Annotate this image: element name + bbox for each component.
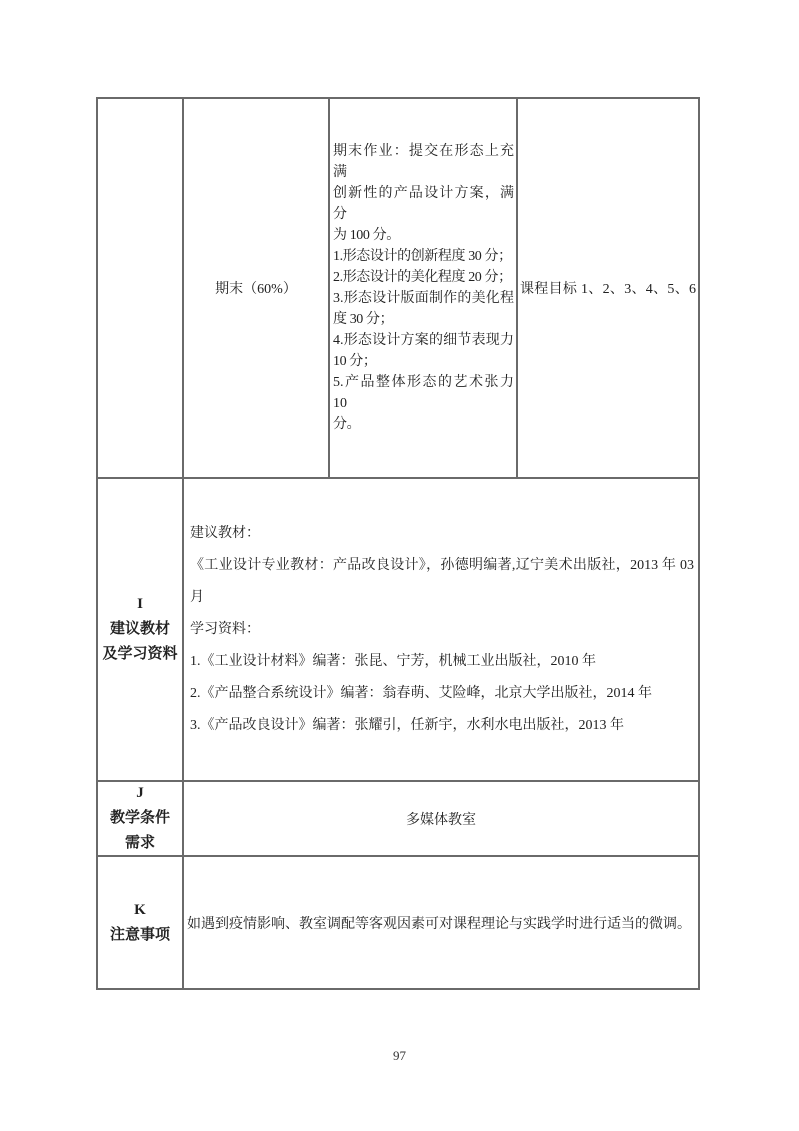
notes-text: 如遇到疫情影响、教室调配等客观因素可对课程理论与实践学时进行适当的微调。 [187,913,691,933]
assessment-spacer-cell [98,99,184,477]
notes-row: K注意事项 如遇到疫情影响、教室调配等客观因素可对课程理论与实践学时进行适当的微… [98,855,698,988]
assessment-details-cell: 期末作业：提交在形态上充满创新性的产品设计方案，满分为 100 分。1.形态设计… [330,99,518,477]
materials-text-line: 2.《产品整合系统设计》编著：翁春萌、艾险峰，北京大学出版社，2014 年 [190,678,694,710]
row-label-line: 教学条件 [110,806,170,831]
course-syllabus-table: 期末（60%） 期末作业：提交在形态上充满创新性的产品设计方案，满分为 100 … [96,97,700,990]
course-objectives-text: 课程目标 1、2、3、4、5、6 [518,278,698,298]
row-label-line: 需求 [125,831,155,855]
assessment-method-label: 期末（60%） [215,278,297,298]
row-label-line: 注意事项 [110,923,170,948]
notes-row-label: K注意事项 [98,857,184,988]
assessment-detail-line: 2.形态设计的美化程度 20 分； [333,267,514,288]
materials-text-line: 建议教材： [190,518,694,550]
teaching-conditions-content: 多媒体教室 [184,782,698,855]
notes-content: 如遇到疫情影响、教室调配等客观因素可对课程理论与实践学时进行适当的微调。 [184,857,698,988]
suggested-materials-row: I建议教材及学习资料 建议教材：《工业设计专业教材：产品改良设计》，孙德明编著,… [98,477,698,780]
materials-text-line: 学习资料： [190,614,694,646]
materials-text-line: 3.《产品改良设计》编著：张耀引，任新宇，水利水电出版社，2013 年 [190,710,694,742]
assessment-method-cell: 期末（60%） [184,99,330,477]
row-label-line: 建议教材 [110,617,170,642]
row-label-line: J [136,782,144,806]
assessment-detail-line: 创新性的产品设计方案，满分 [333,183,514,225]
assessment-detail-line: 10 分； [333,351,514,372]
row-label-line: 及学习资料 [102,642,177,667]
row-label-line: K [134,898,146,923]
materials-text-line: 1.《工业设计材料》编著：张昆、宁芳，机械工业出版社，2010 年 [190,646,694,678]
final-assessment-row: 期末（60%） 期末作业：提交在形态上充满创新性的产品设计方案，满分为 100 … [98,99,698,477]
materials-text-line: 《工业设计专业教材：产品改良设计》，孙德明编著,辽宁美术出版社，2013 年 0… [190,550,694,582]
assessment-detail-line: 3.形态设计版面制作的美化程 [333,288,514,309]
teaching-conditions-text: 多媒体教室 [406,809,476,829]
suggested-materials-row-label: I建议教材及学习资料 [98,479,184,780]
suggested-materials-content: 建议教材：《工业设计专业教材：产品改良设计》，孙德明编著,辽宁美术出版社，201… [184,479,698,780]
teaching-conditions-row-label: J教学条件需求 [98,782,184,855]
assessment-detail-line: 4.形态设计方案的细节表现力 [333,330,514,351]
assessment-detail-line: 为 100 分。 [333,225,514,246]
page-number: 97 [0,1048,799,1064]
assessment-detail-line: 5.产品整体形态的艺术张力 10 [333,372,514,414]
assessment-detail-line: 度 30 分； [333,309,514,330]
course-objectives-cell: 课程目标 1、2、3、4、5、6 [518,99,698,477]
materials-text-line: 月 [190,582,694,614]
assessment-detail-line: 期末作业：提交在形态上充满 [333,141,514,183]
assessment-detail-line: 1.形态设计的创新程度 30 分； [333,246,514,267]
row-label-line: I [137,592,143,617]
teaching-conditions-row: J教学条件需求 多媒体教室 [98,780,698,855]
assessment-detail-line: 分。 [333,414,514,435]
